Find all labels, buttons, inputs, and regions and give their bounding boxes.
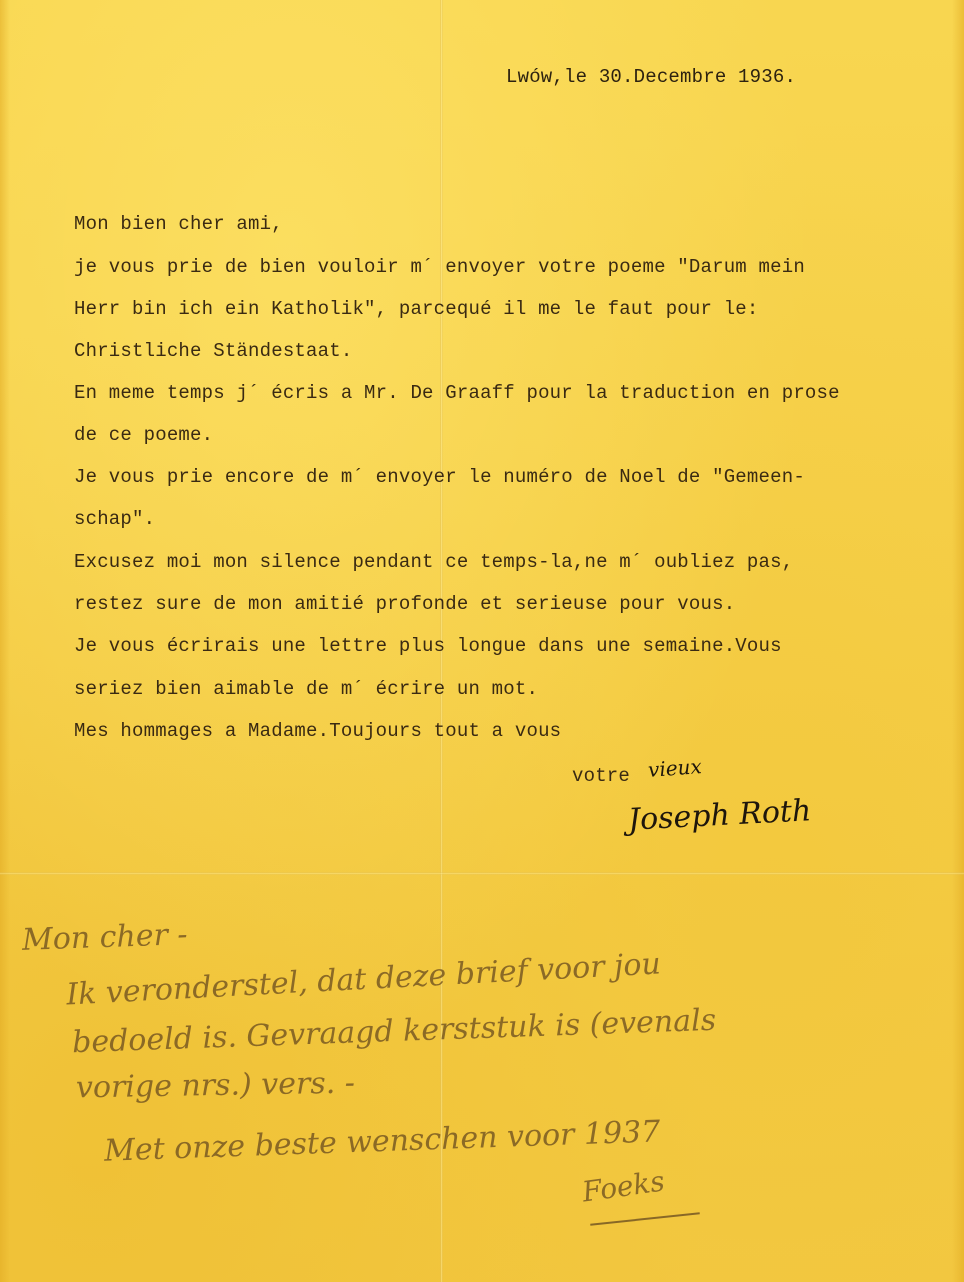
letter-line: de ce poeme. [74,424,213,446]
letter-line: Mes hommages a Madame.Toujours tout a vo… [74,720,561,742]
letter-line: Christliche Ständestaat. [74,340,352,362]
letter-line: Je vous écrirais une lettre plus longue … [74,635,782,657]
letter-line: Je vous prie encore de m´ envoyer le num… [74,466,805,488]
annotation-signature-underline [590,1212,700,1225]
letter-page: Lwów,le 30.Decembre 1936. Mon bien cher … [0,0,964,1282]
annotation-line: Ik veronderstel, dat deze brief voor jou [65,946,661,1012]
letter-line: je vous prie de bien vouloir m´ envoyer … [74,256,805,278]
closing-handwritten: vieux [647,754,702,782]
annotation-line: Met onze beste wenschen voor 1937 [104,1114,661,1168]
salutation: Mon bien cher ami, [74,213,283,235]
annotation-line: bedoeld is. Gevraagd kerststuk is (evena… [72,1003,717,1060]
annotation-signature: Foeks [580,1164,666,1208]
letter-line: En meme temps j´ écris a Mr. De Graaff p… [74,382,840,404]
letter-line: Excusez moi mon silence pendant ce temps… [74,551,793,573]
closing-typed: votre [572,765,630,787]
annotation-line: Mon cher - [21,917,188,958]
annotation-line: vorige nrs.) vers. - [76,1066,355,1106]
dateline: Lwów,le 30.Decembre 1936. [506,66,796,88]
letter-line: seriez bien aimable de m´ écrire un mot. [74,678,538,700]
paper-edge-left [0,0,10,1282]
horizontal-fold-crease [0,872,964,875]
paper-edge-right [952,0,964,1282]
letter-line: restez sure de mon amitié profonde et se… [74,593,735,615]
letter-line: Herr bin ich ein Katholik", parcequé il … [74,298,759,320]
signature-joseph-roth: Joseph Roth [627,793,812,838]
letter-line: schap". [74,508,155,530]
